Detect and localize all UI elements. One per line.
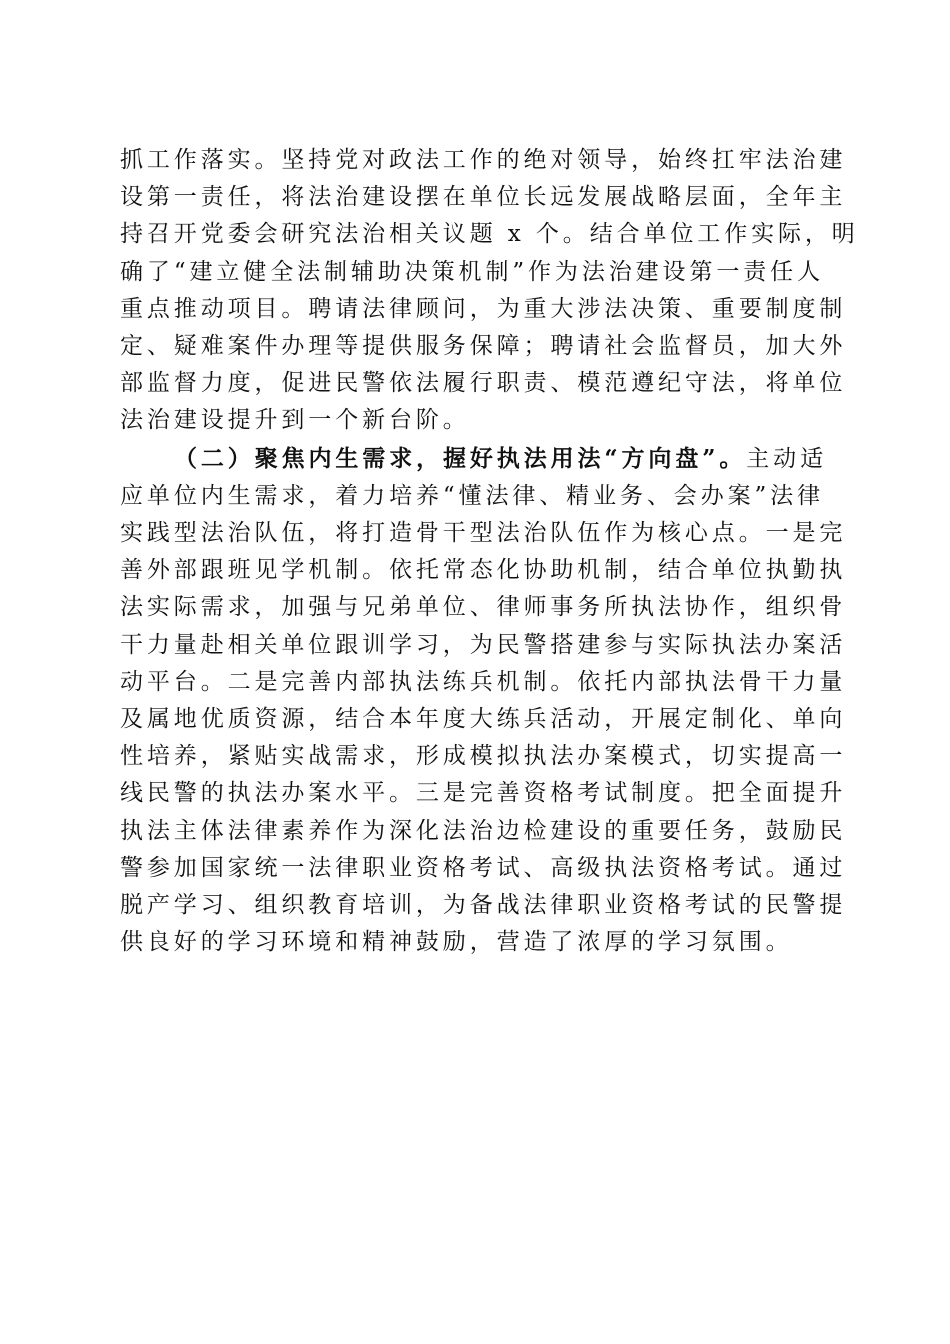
heading-trailing-text: 主动适 bbox=[746, 446, 827, 472]
section-heading: （二）聚焦内生需求，握好执法用法“方向盘”。 bbox=[174, 445, 746, 472]
text-line: 干力量赴相关单位跟训学习，为民警搭建参与实际执法办案活 bbox=[120, 627, 824, 664]
text-line: 确了“建立健全法制辅助决策机制”作为法治建设第一责任人 bbox=[120, 254, 824, 291]
text-line: 应单位内生需求，着力培养“懂法律、精业务、会办案”法律 bbox=[120, 478, 824, 515]
text-line: 善外部跟班见学机制。依托常态化协助机制，结合单位执勤执 bbox=[120, 552, 824, 589]
text-line: 供良好的学习环境和精神鼓励，营造了浓厚的学习氛围。 bbox=[120, 924, 824, 961]
text-line: 执法主体法律素养作为深化法治边检建设的重要任务，鼓励民 bbox=[120, 813, 824, 850]
text-line: 抓工作落实。坚持党对政法工作的绝对领导，始终扛牢法治建 bbox=[120, 142, 824, 179]
text-line: 性培养，紧贴实战需求，形成模拟执法办案模式，切实提高一 bbox=[120, 738, 824, 775]
text-line: 定、疑难案件办理等提供服务保障；聘请社会监督员，加大外 bbox=[120, 328, 824, 365]
document-page: 抓工作落实。坚持党对政法工作的绝对领导，始终扛牢法治建 设第一责任，将法治建设摆… bbox=[120, 142, 824, 961]
text-line: 持召开党委会研究法治相关议题 x 个。结合单位工作实际，明 bbox=[120, 216, 824, 253]
text-line: 脱产学习、组织教育培训，为备战法律职业资格考试的民警提 bbox=[120, 887, 824, 924]
text-line: 线民警的执法办案水平。三是完善资格考试制度。把全面提升 bbox=[120, 775, 824, 812]
text-line: 及属地优质资源，结合本年度大练兵活动，开展定制化、单向 bbox=[120, 701, 824, 738]
text-line: 实践型法治队伍，将打造骨干型法治队伍作为核心点。一是完 bbox=[120, 515, 824, 552]
text-line: 法实际需求，加强与兄弟单位、律师事务所执法协作，组织骨 bbox=[120, 589, 824, 626]
paragraph-1: 抓工作落实。坚持党对政法工作的绝对领导，始终扛牢法治建 设第一责任，将法治建设摆… bbox=[120, 142, 824, 440]
text-line-first: （二）聚焦内生需求，握好执法用法“方向盘”。主动适 bbox=[120, 440, 824, 478]
text-line: 重点推动项目。聘请法律顾问，为重大涉法决策、重要制度制 bbox=[120, 291, 824, 328]
text-line: 部监督力度，促进民警依法履行职责、模范遵纪守法，将单位 bbox=[120, 365, 824, 402]
paragraph-2: （二）聚焦内生需求，握好执法用法“方向盘”。主动适 应单位内生需求，着力培养“懂… bbox=[120, 440, 824, 962]
text-line: 法治建设提升到一个新台阶。 bbox=[120, 402, 824, 439]
text-line: 警参加国家统一法律职业资格考试、高级执法资格考试。通过 bbox=[120, 850, 824, 887]
text-line: 设第一责任，将法治建设摆在单位长远发展战略层面，全年主 bbox=[120, 179, 824, 216]
text-line: 动平台。二是完善内部执法练兵机制。依托内部执法骨干力量 bbox=[120, 664, 824, 701]
